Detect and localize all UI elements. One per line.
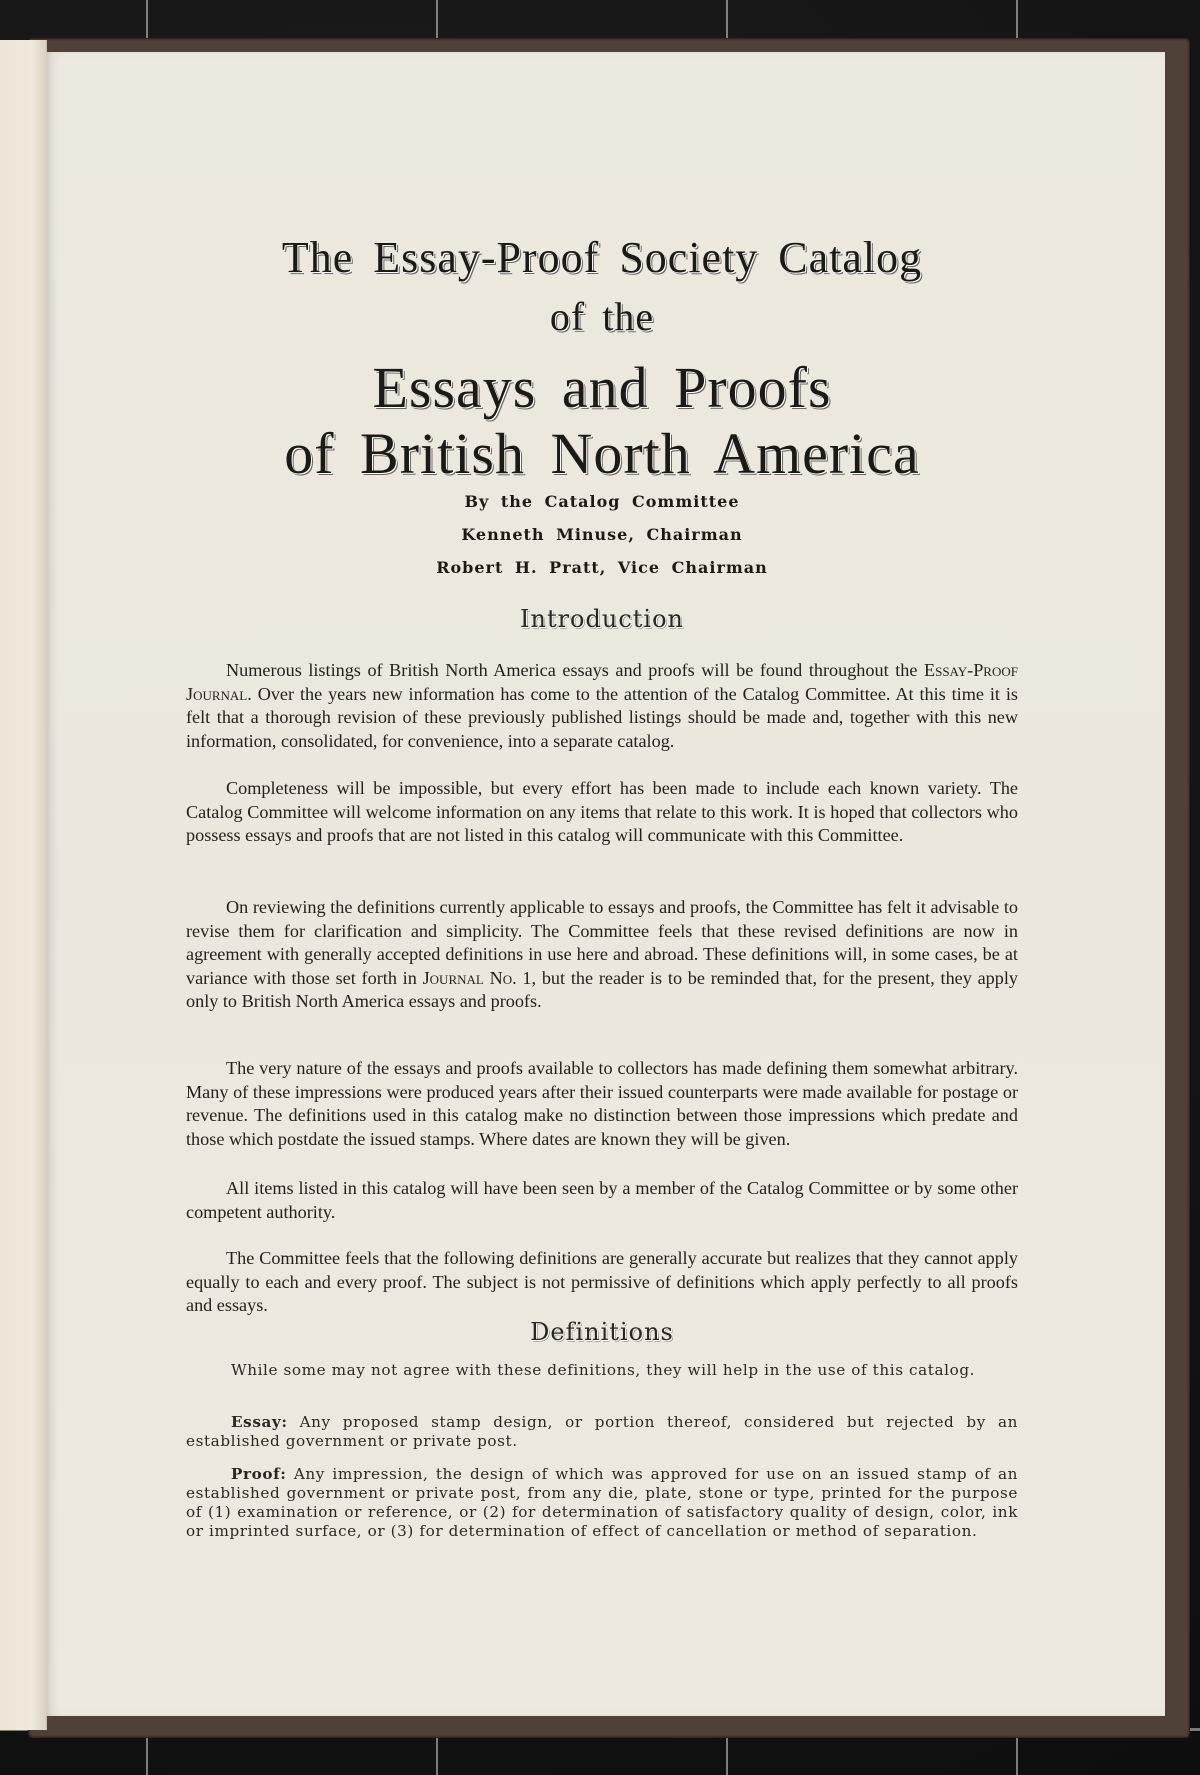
title-line-2: of the — [186, 293, 1018, 340]
intro-paragraph-5: All items listed in this catalog will ha… — [186, 1177, 1018, 1224]
introduction-heading: Introduction — [186, 605, 1018, 633]
title-line-1: The Essay-Proof Society Catalog — [186, 232, 1018, 283]
journal-reference: Journal No. 1 — [423, 968, 532, 988]
definition-proof: Proof: Any impression, the design of whi… — [186, 1465, 1018, 1541]
paragraph-text: Numerous listings of British North Ameri… — [226, 660, 924, 680]
definition-body: Any impression, the design of which was … — [186, 1465, 1018, 1540]
book-page: The Essay-Proof Society Catalog of the E… — [46, 52, 1165, 1716]
intro-paragraph-3: On reviewing the definitions currently a… — [186, 896, 1018, 1014]
byline-chairman: Kenneth Minuse, Chairman — [186, 525, 1018, 544]
intro-paragraph-2: Completeness will be impossible, but eve… — [186, 777, 1018, 848]
definitions-heading: Definitions — [186, 1318, 1018, 1346]
paragraph-text: . Over the years new information has com… — [186, 684, 1018, 751]
intro-paragraph-4: The very nature of the essays and proofs… — [186, 1057, 1018, 1151]
definitions-intro: While some may not agree with these defi… — [186, 1361, 1018, 1380]
title-line-3: Essays and Proofs — [186, 354, 1018, 421]
intro-paragraph-6: The Committee feels that the following d… — [186, 1247, 1018, 1318]
byline-vice-chairman: Robert H. Pratt, Vice Chairman — [186, 558, 1018, 577]
intro-paragraph-1: Numerous listings of British North Ameri… — [186, 659, 1018, 753]
definition-body: Any proposed stamp design, or portion th… — [186, 1413, 1018, 1450]
definition-term: Essay: — [231, 1413, 288, 1431]
title-line-4: of British North America — [186, 420, 1018, 487]
left-page-edge — [0, 40, 47, 1730]
byline-committee: By the Catalog Committee — [186, 492, 1018, 511]
definition-essay: Essay: Any proposed stamp design, or por… — [186, 1413, 1018, 1451]
definition-term: Proof: — [231, 1465, 286, 1483]
